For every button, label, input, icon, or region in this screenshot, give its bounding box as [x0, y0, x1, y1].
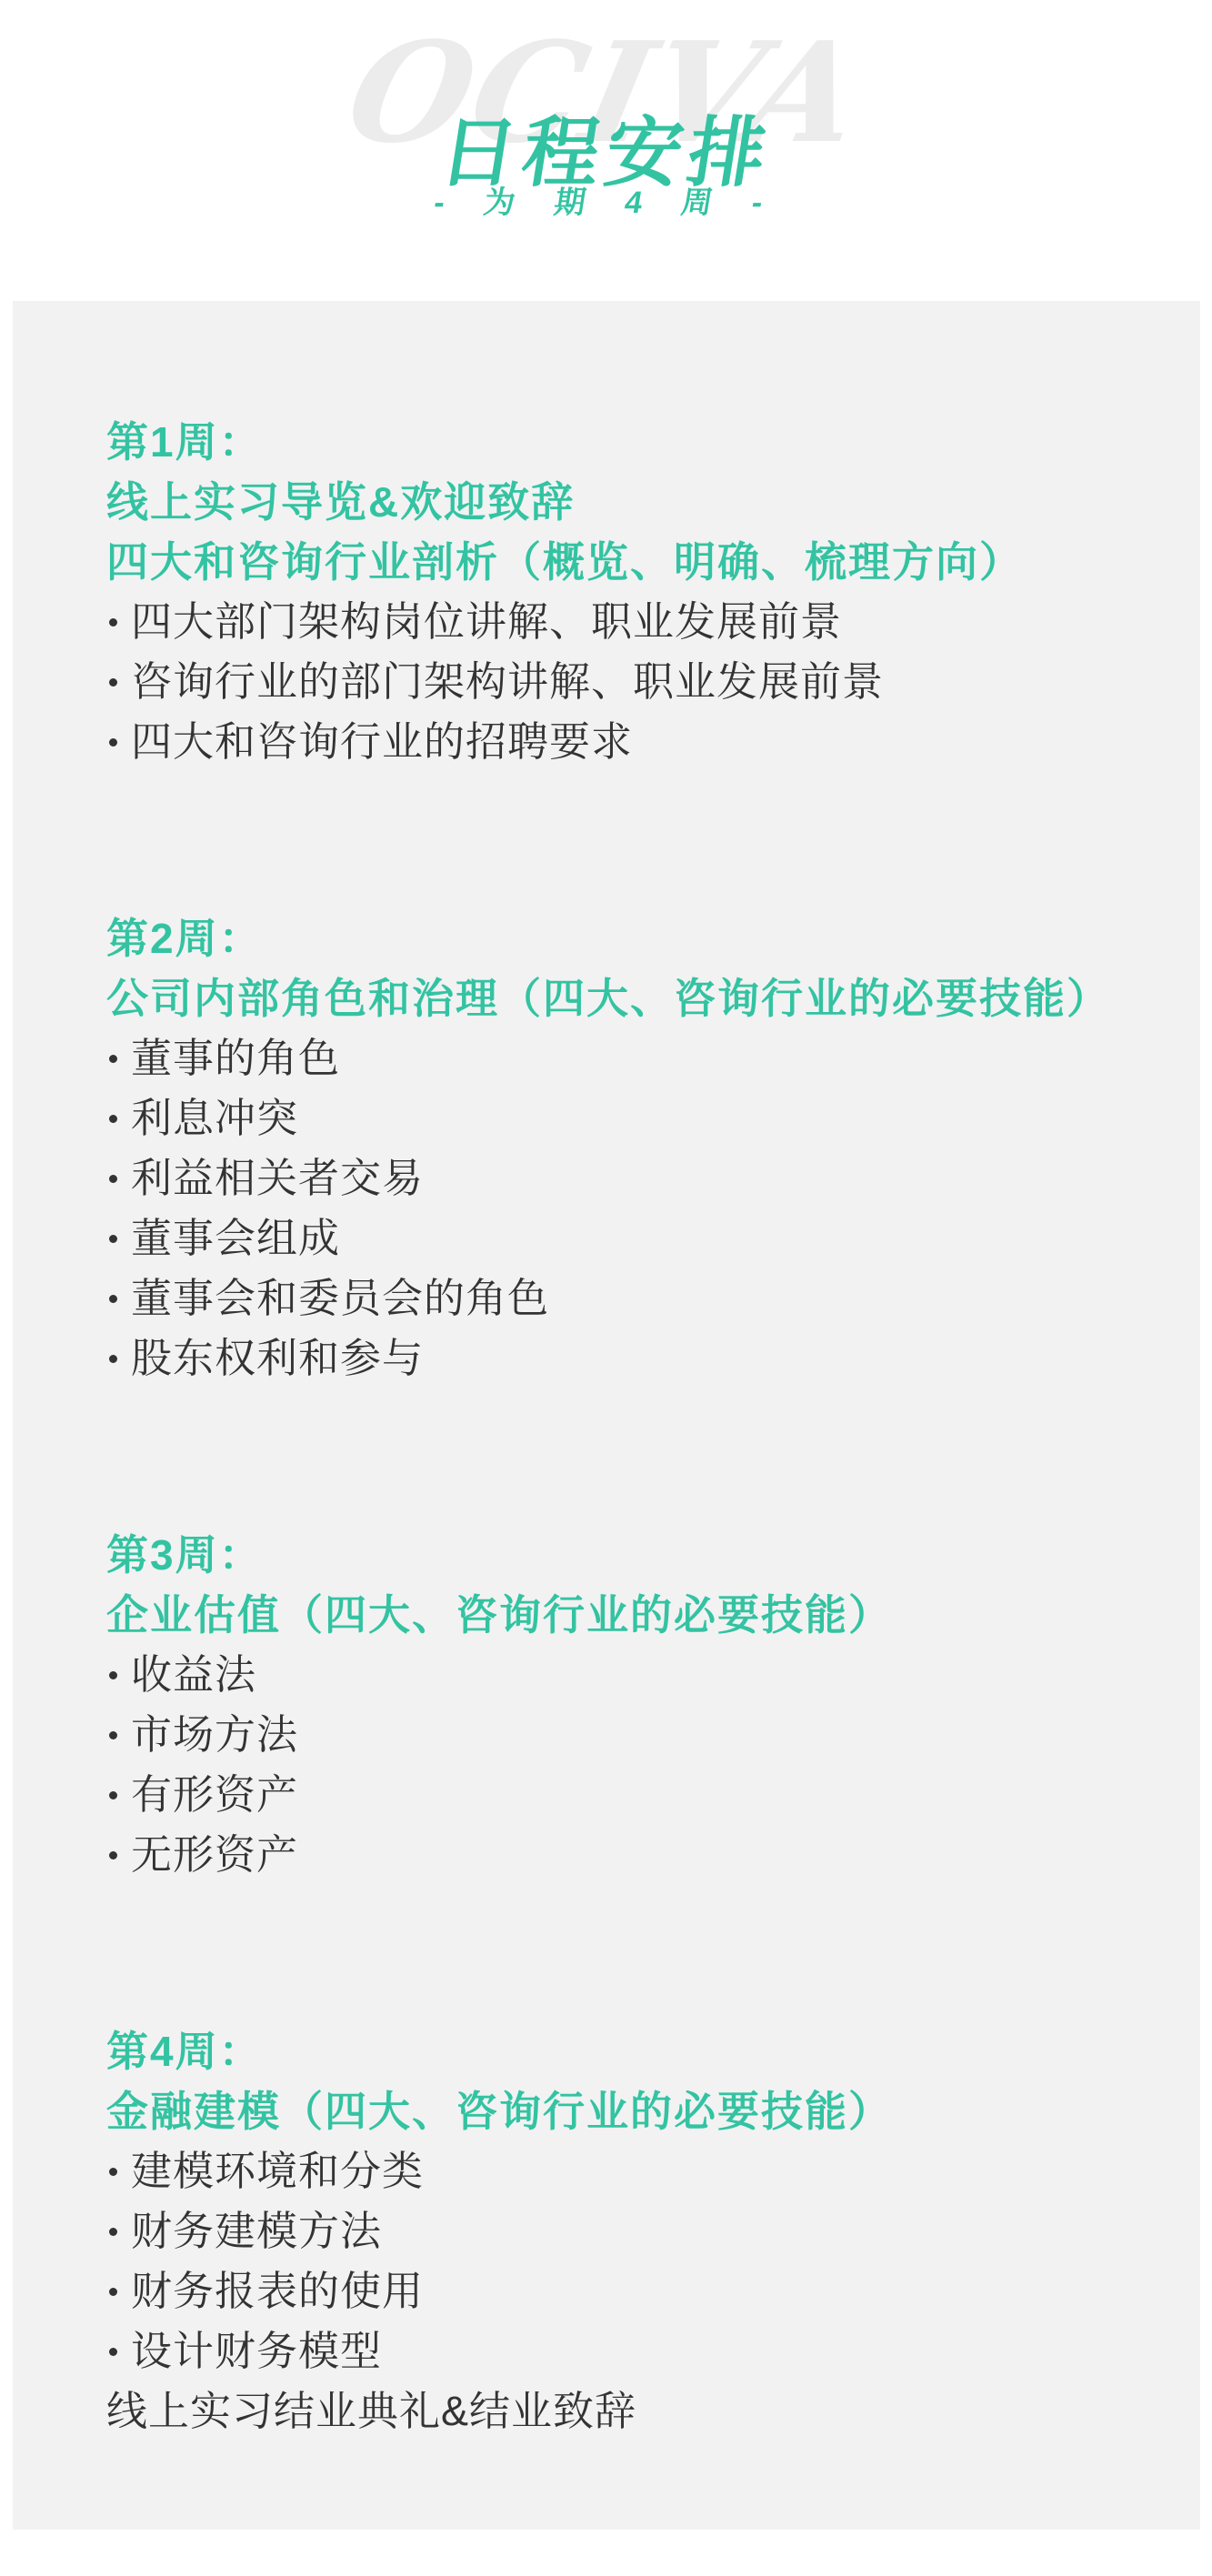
list-item: 有形资产 — [106, 1765, 1146, 1825]
bullet-dot-icon — [109, 1175, 117, 1183]
bullet-dot-icon — [109, 1055, 117, 1063]
week-headline: 四大和咨询行业剖析（概览、明确、梳理方向） — [106, 532, 1146, 592]
page-subtitle: - 为 期 4 周 - — [0, 185, 1212, 222]
list-item: 董事会组成 — [106, 1208, 1146, 1268]
bullet-text: 利益相关者交易 — [131, 1148, 424, 1208]
schedule-card: 第1周： 线上实习导览&欢迎致辞 四大和咨询行业剖析（概览、明确、梳理方向） 四… — [13, 301, 1200, 2530]
bullet-text: 董事会和委员会的角色 — [131, 1268, 549, 1328]
list-item: 收益法 — [106, 1645, 1146, 1705]
list-item: 利益相关者交易 — [106, 1148, 1146, 1208]
bullet-text: 咨询行业的部门架构讲解、职业发展前景 — [131, 652, 884, 712]
bullet-text: 收益法 — [131, 1645, 256, 1705]
bullet-dot-icon — [109, 1731, 117, 1739]
bullet-dot-icon — [109, 1851, 117, 1859]
list-item: 利息冲突 — [106, 1088, 1146, 1148]
list-item: 财务建模方法 — [106, 2201, 1146, 2261]
list-item: 咨询行业的部门架构讲解、职业发展前景 — [106, 652, 1146, 712]
list-item: 股东权利和参与 — [106, 1328, 1146, 1388]
week-headline: 金融建模（四大、咨询行业的必要技能） — [106, 2081, 1146, 2141]
list-item: 董事的角色 — [106, 1028, 1146, 1088]
week-section-3: 第3周： 企业估值（四大、咨询行业的必要技能） 收益法 市场方法 有形资产 无形… — [106, 1525, 1146, 1885]
bullet-dot-icon — [109, 1115, 117, 1123]
bullet-text: 股东权利和参与 — [131, 1328, 424, 1388]
bullet-text: 财务报表的使用 — [131, 2261, 424, 2321]
bullet-text: 财务建模方法 — [131, 2201, 382, 2261]
bullet-dot-icon — [109, 1791, 117, 1799]
bullet-text: 无形资产 — [131, 1825, 298, 1885]
list-item: 董事会和委员会的角色 — [106, 1268, 1146, 1328]
week-headline: 线上实习导览&欢迎致辞 — [106, 472, 1146, 532]
bullet-text: 董事的角色 — [131, 1028, 340, 1088]
bullet-dot-icon — [109, 1671, 117, 1679]
bullet-dot-icon — [109, 1295, 117, 1303]
bullet-dot-icon — [109, 2348, 117, 2356]
list-item: 财务报表的使用 — [106, 2261, 1146, 2321]
hero-header: OCIVA 日程安排 - 为 期 4 周 - — [0, 0, 1212, 301]
bullet-text: 建模环境和分类 — [131, 2141, 424, 2201]
week-section-2: 第2周： 公司内部角色和治理（四大、咨询行业的必要技能） 董事的角色 利息冲突 … — [106, 908, 1146, 1388]
list-item: 设计财务模型 — [106, 2321, 1146, 2381]
bullet-text: 设计财务模型 — [131, 2321, 382, 2381]
bullet-dot-icon — [109, 2168, 117, 2176]
bullet-text: 董事会组成 — [131, 1208, 340, 1268]
list-item: 四大和咨询行业的招聘要求 — [106, 712, 1146, 772]
list-item: 四大部门架构岗位讲解、职业发展前景 — [106, 592, 1146, 652]
bullet-text: 四大部门架构岗位讲解、职业发展前景 — [131, 592, 842, 652]
bullet-dot-icon — [109, 1235, 117, 1243]
week-section-1: 第1周： 线上实习导览&欢迎致辞 四大和咨询行业剖析（概览、明确、梳理方向） 四… — [106, 412, 1146, 772]
week-label: 第3周： — [106, 1525, 1146, 1585]
bullet-dot-icon — [109, 2228, 117, 2236]
closing-ceremony-line: 线上实习结业典礼&结业致辞 — [106, 2381, 1146, 2441]
list-item: 市场方法 — [106, 1705, 1146, 1765]
bullet-text: 四大和咨询行业的招聘要求 — [131, 712, 633, 772]
week-headline: 公司内部角色和治理（四大、咨询行业的必要技能） — [106, 968, 1146, 1028]
week-label: 第2周： — [106, 908, 1146, 968]
bullet-dot-icon — [109, 2288, 117, 2296]
bullet-dot-icon — [109, 618, 117, 626]
week-section-4: 第4周： 金融建模（四大、咨询行业的必要技能） 建模环境和分类 财务建模方法 财… — [106, 2021, 1146, 2441]
schedule-poster: { "page": { "watermark": "OCIVA", "title… — [0, 0, 1212, 2576]
bullet-text: 市场方法 — [131, 1705, 298, 1765]
bullet-dot-icon — [109, 678, 117, 687]
week-label: 第1周： — [106, 412, 1146, 472]
bullet-text: 有形资产 — [131, 1765, 298, 1825]
list-item: 无形资产 — [106, 1825, 1146, 1885]
bullet-text: 利息冲突 — [131, 1088, 298, 1148]
bullet-dot-icon — [109, 1355, 117, 1363]
bullet-dot-icon — [109, 738, 117, 747]
list-item: 建模环境和分类 — [106, 2141, 1146, 2201]
week-headline: 企业估值（四大、咨询行业的必要技能） — [106, 1585, 1146, 1645]
week-label: 第4周： — [106, 2021, 1146, 2081]
